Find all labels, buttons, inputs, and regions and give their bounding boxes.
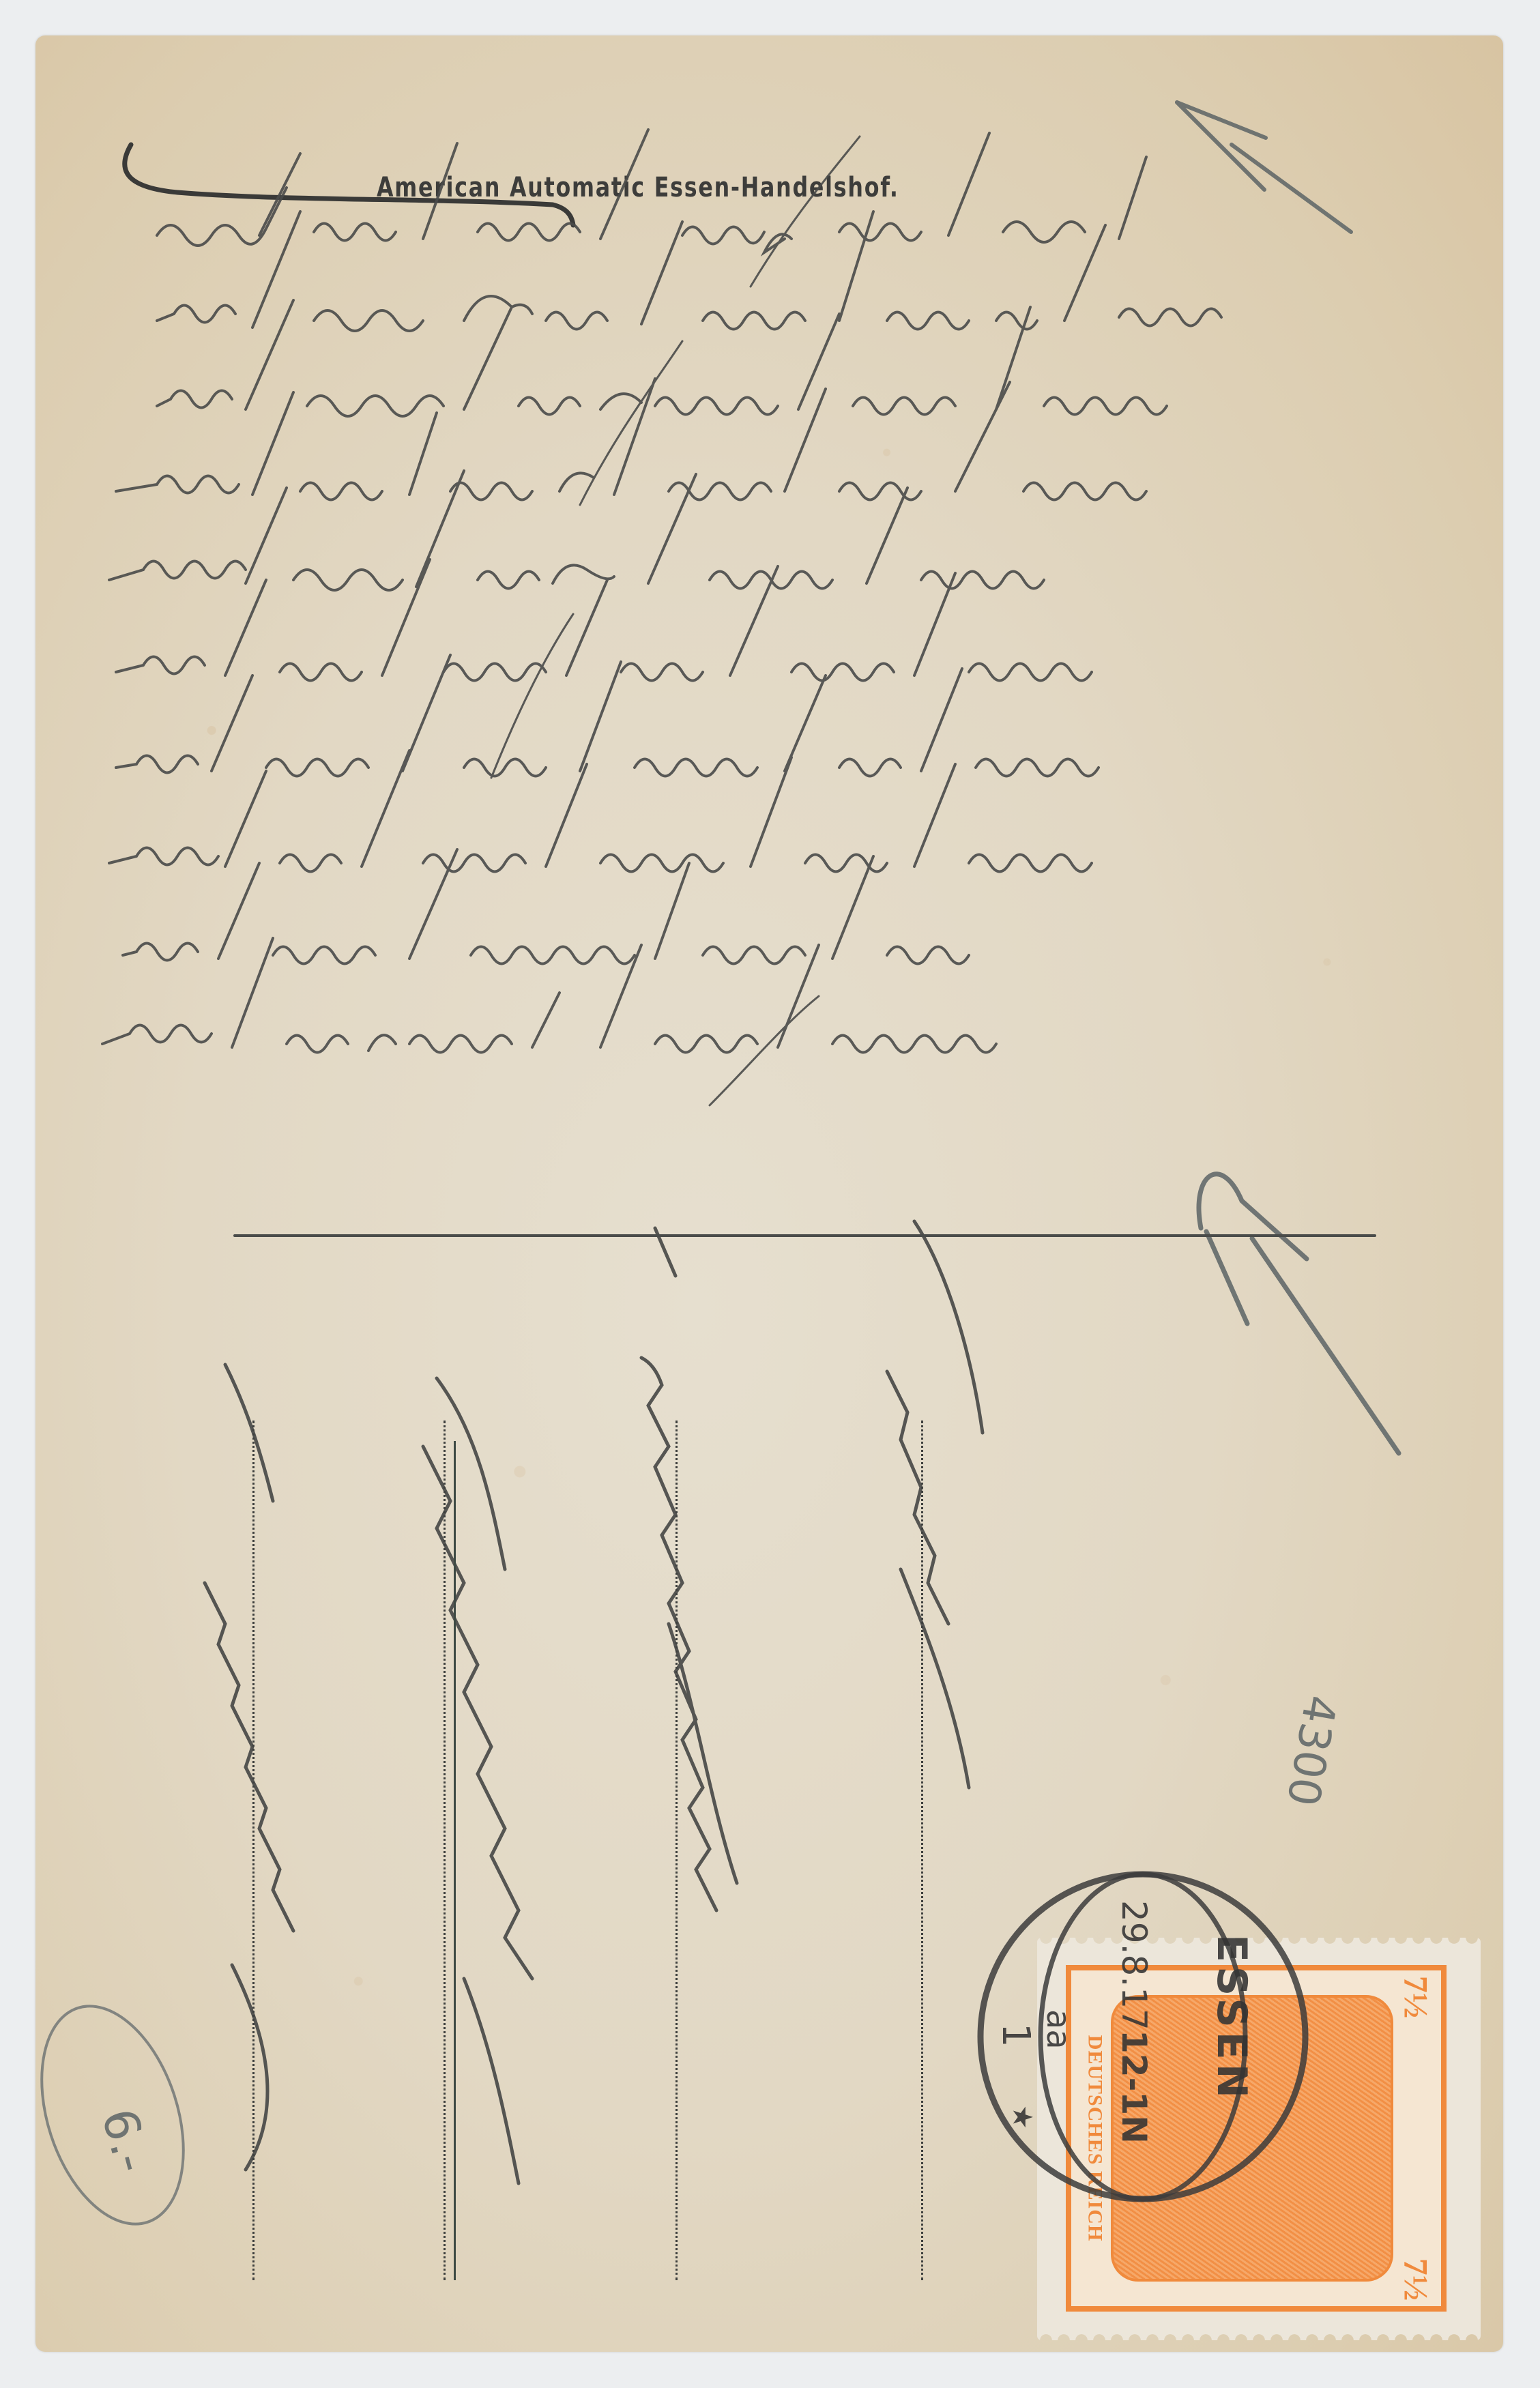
address-dotted-line-1	[921, 1421, 923, 2280]
message-line	[186, 465, 1386, 527]
address-divider-line	[233, 1234, 1376, 1237]
postmark-date: 29.8.17.	[1114, 1900, 1154, 2041]
message-line	[186, 291, 1386, 353]
postmark-city: ESSEN	[1208, 1934, 1255, 2102]
stamp-denomination-bottom: 7½	[1396, 2258, 1436, 2301]
address-dotted-line-3	[444, 1421, 446, 2280]
postmark-office-number: 1	[993, 2023, 1038, 2048]
address-dotted-line-4	[252, 1421, 255, 2280]
message-line	[186, 1018, 1386, 1079]
address-strokes	[205, 1221, 983, 2183]
stamp-denomination-top: 7½	[1396, 1976, 1436, 2019]
message-line	[186, 646, 1386, 708]
pencil-arrow-middle-icon	[1199, 1174, 1399, 1453]
message-line	[186, 742, 1386, 803]
message-line	[186, 837, 1386, 899]
message-line	[186, 206, 1386, 267]
postmark-cancellation: ESSEN 29.8.17. 12-1N aa 1 ★	[972, 1866, 1313, 2207]
address-dotted-line-2	[675, 1421, 678, 2280]
message-line	[186, 554, 1386, 615]
postmark-suffix: aa	[1039, 2009, 1077, 2050]
address-solid-line	[454, 1441, 456, 2280]
message-line	[186, 380, 1386, 441]
postmark-star-icon: ★	[1006, 2105, 1038, 2129]
message-line	[186, 929, 1386, 991]
postcard-back: American Automatic Essen-Handelshof.	[35, 35, 1503, 2352]
postmark-time: 12-1N	[1114, 2030, 1154, 2144]
